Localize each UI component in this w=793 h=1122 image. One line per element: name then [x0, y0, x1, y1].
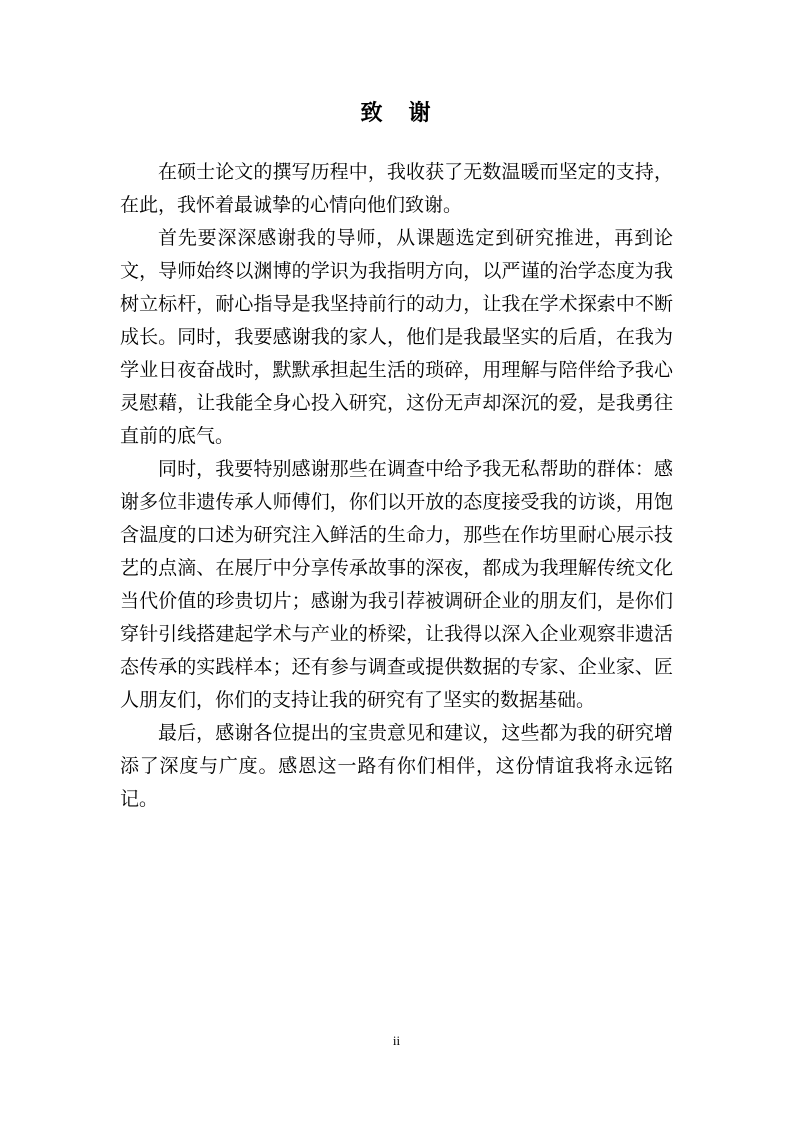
- page-title: 致 谢: [120, 98, 673, 128]
- paragraph: 首先要深深感谢我的导师，从课题选定到研究推进，再到论文，导师始终以渊博的学识为我…: [120, 222, 673, 453]
- page-content: 致 谢 在硕士论文的撰写历程中，我收获了无数温暖而坚定的支持，在此，我怀着最诚挚…: [120, 98, 673, 816]
- document-page: 致 谢 在硕士论文的撰写历程中，我收获了无数温暖而坚定的支持，在此，我怀着最诚挚…: [0, 0, 793, 1122]
- page-footer: ii: [0, 1032, 793, 1050]
- paragraph: 在硕士论文的撰写历程中，我收获了无数温暖而坚定的支持，在此，我怀着最诚挚的心情向…: [120, 156, 673, 222]
- paragraph: 同时，我要特别感谢那些在调查中给予我无私帮助的群体：感谢多位非遗传承人师傅们，你…: [120, 453, 673, 717]
- paragraph: 最后，感谢各位提出的宝贵意见和建议，这些都为我的研究增添了深度与广度。感恩这一路…: [120, 717, 673, 816]
- page-number: ii: [393, 1033, 400, 1048]
